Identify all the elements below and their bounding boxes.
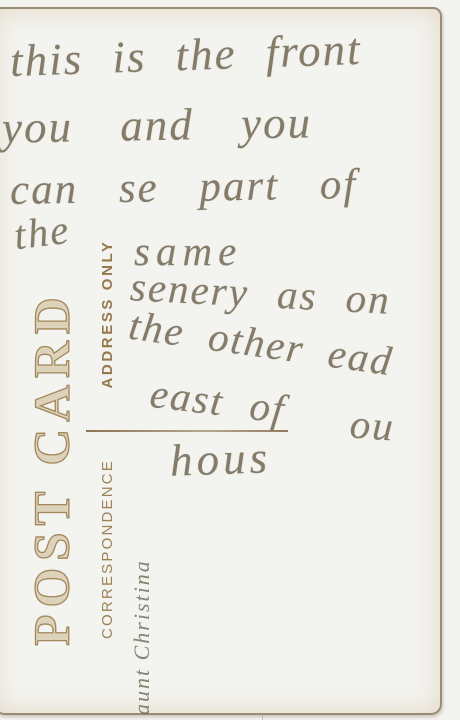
handwriting-line-7-left: east of [148,369,289,433]
postcard: POST CARD CORRESPONDENCE ADDRESS ONLY th… [0,7,442,715]
handwriting-line-7-right: ou [348,399,396,450]
handwriting-line-8: hous [169,431,272,486]
postcard-title: POST CARD [22,277,84,659]
handwriting-line-4-left: the [11,205,73,259]
correspondence-label: CORRESPONDENCE [97,463,119,639]
scan-artifact-mark [262,714,263,720]
address-only-label: ADDRESS ONLY [97,237,119,391]
handwriting-line-2: you and you [2,96,313,153]
handwriting-line-1: this is the front [9,23,362,87]
vertical-signature-note: aunt Christina [127,401,157,715]
scan-background: { "scene": { "type": "scanned postcard b… [0,0,460,720]
